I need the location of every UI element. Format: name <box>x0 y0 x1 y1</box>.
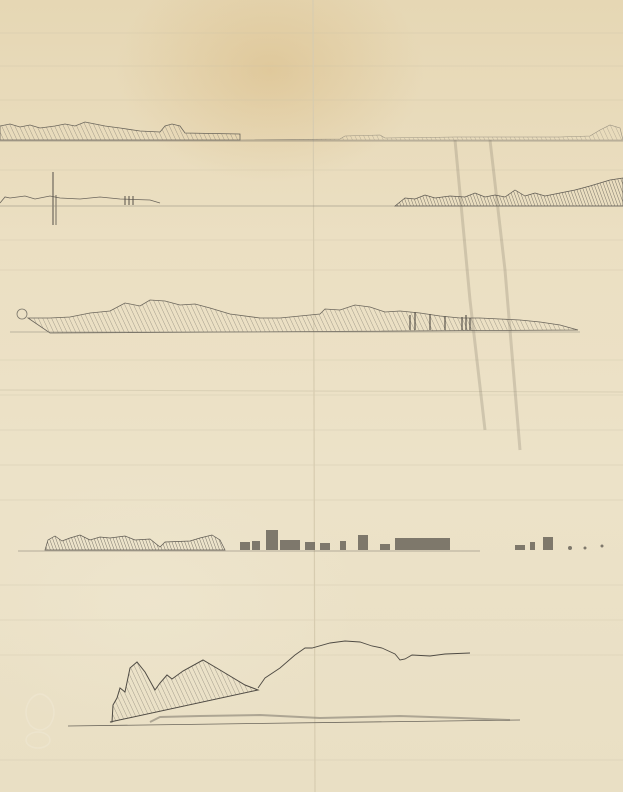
ruled-lines <box>0 33 623 760</box>
sketch-paper <box>0 0 623 792</box>
coastline-profile-2 <box>0 172 623 225</box>
coastline-profile-3 <box>10 300 580 333</box>
smudges <box>455 140 520 450</box>
fold-crease-horizontal <box>0 390 623 392</box>
coastline-profile-4 <box>18 530 604 551</box>
mountain-profile-5 <box>68 641 520 726</box>
embossed-stamp <box>26 694 54 748</box>
pencil-sketches <box>0 0 623 792</box>
coastline-profile-1 <box>0 122 623 141</box>
fold-crease-vertical <box>313 0 315 792</box>
